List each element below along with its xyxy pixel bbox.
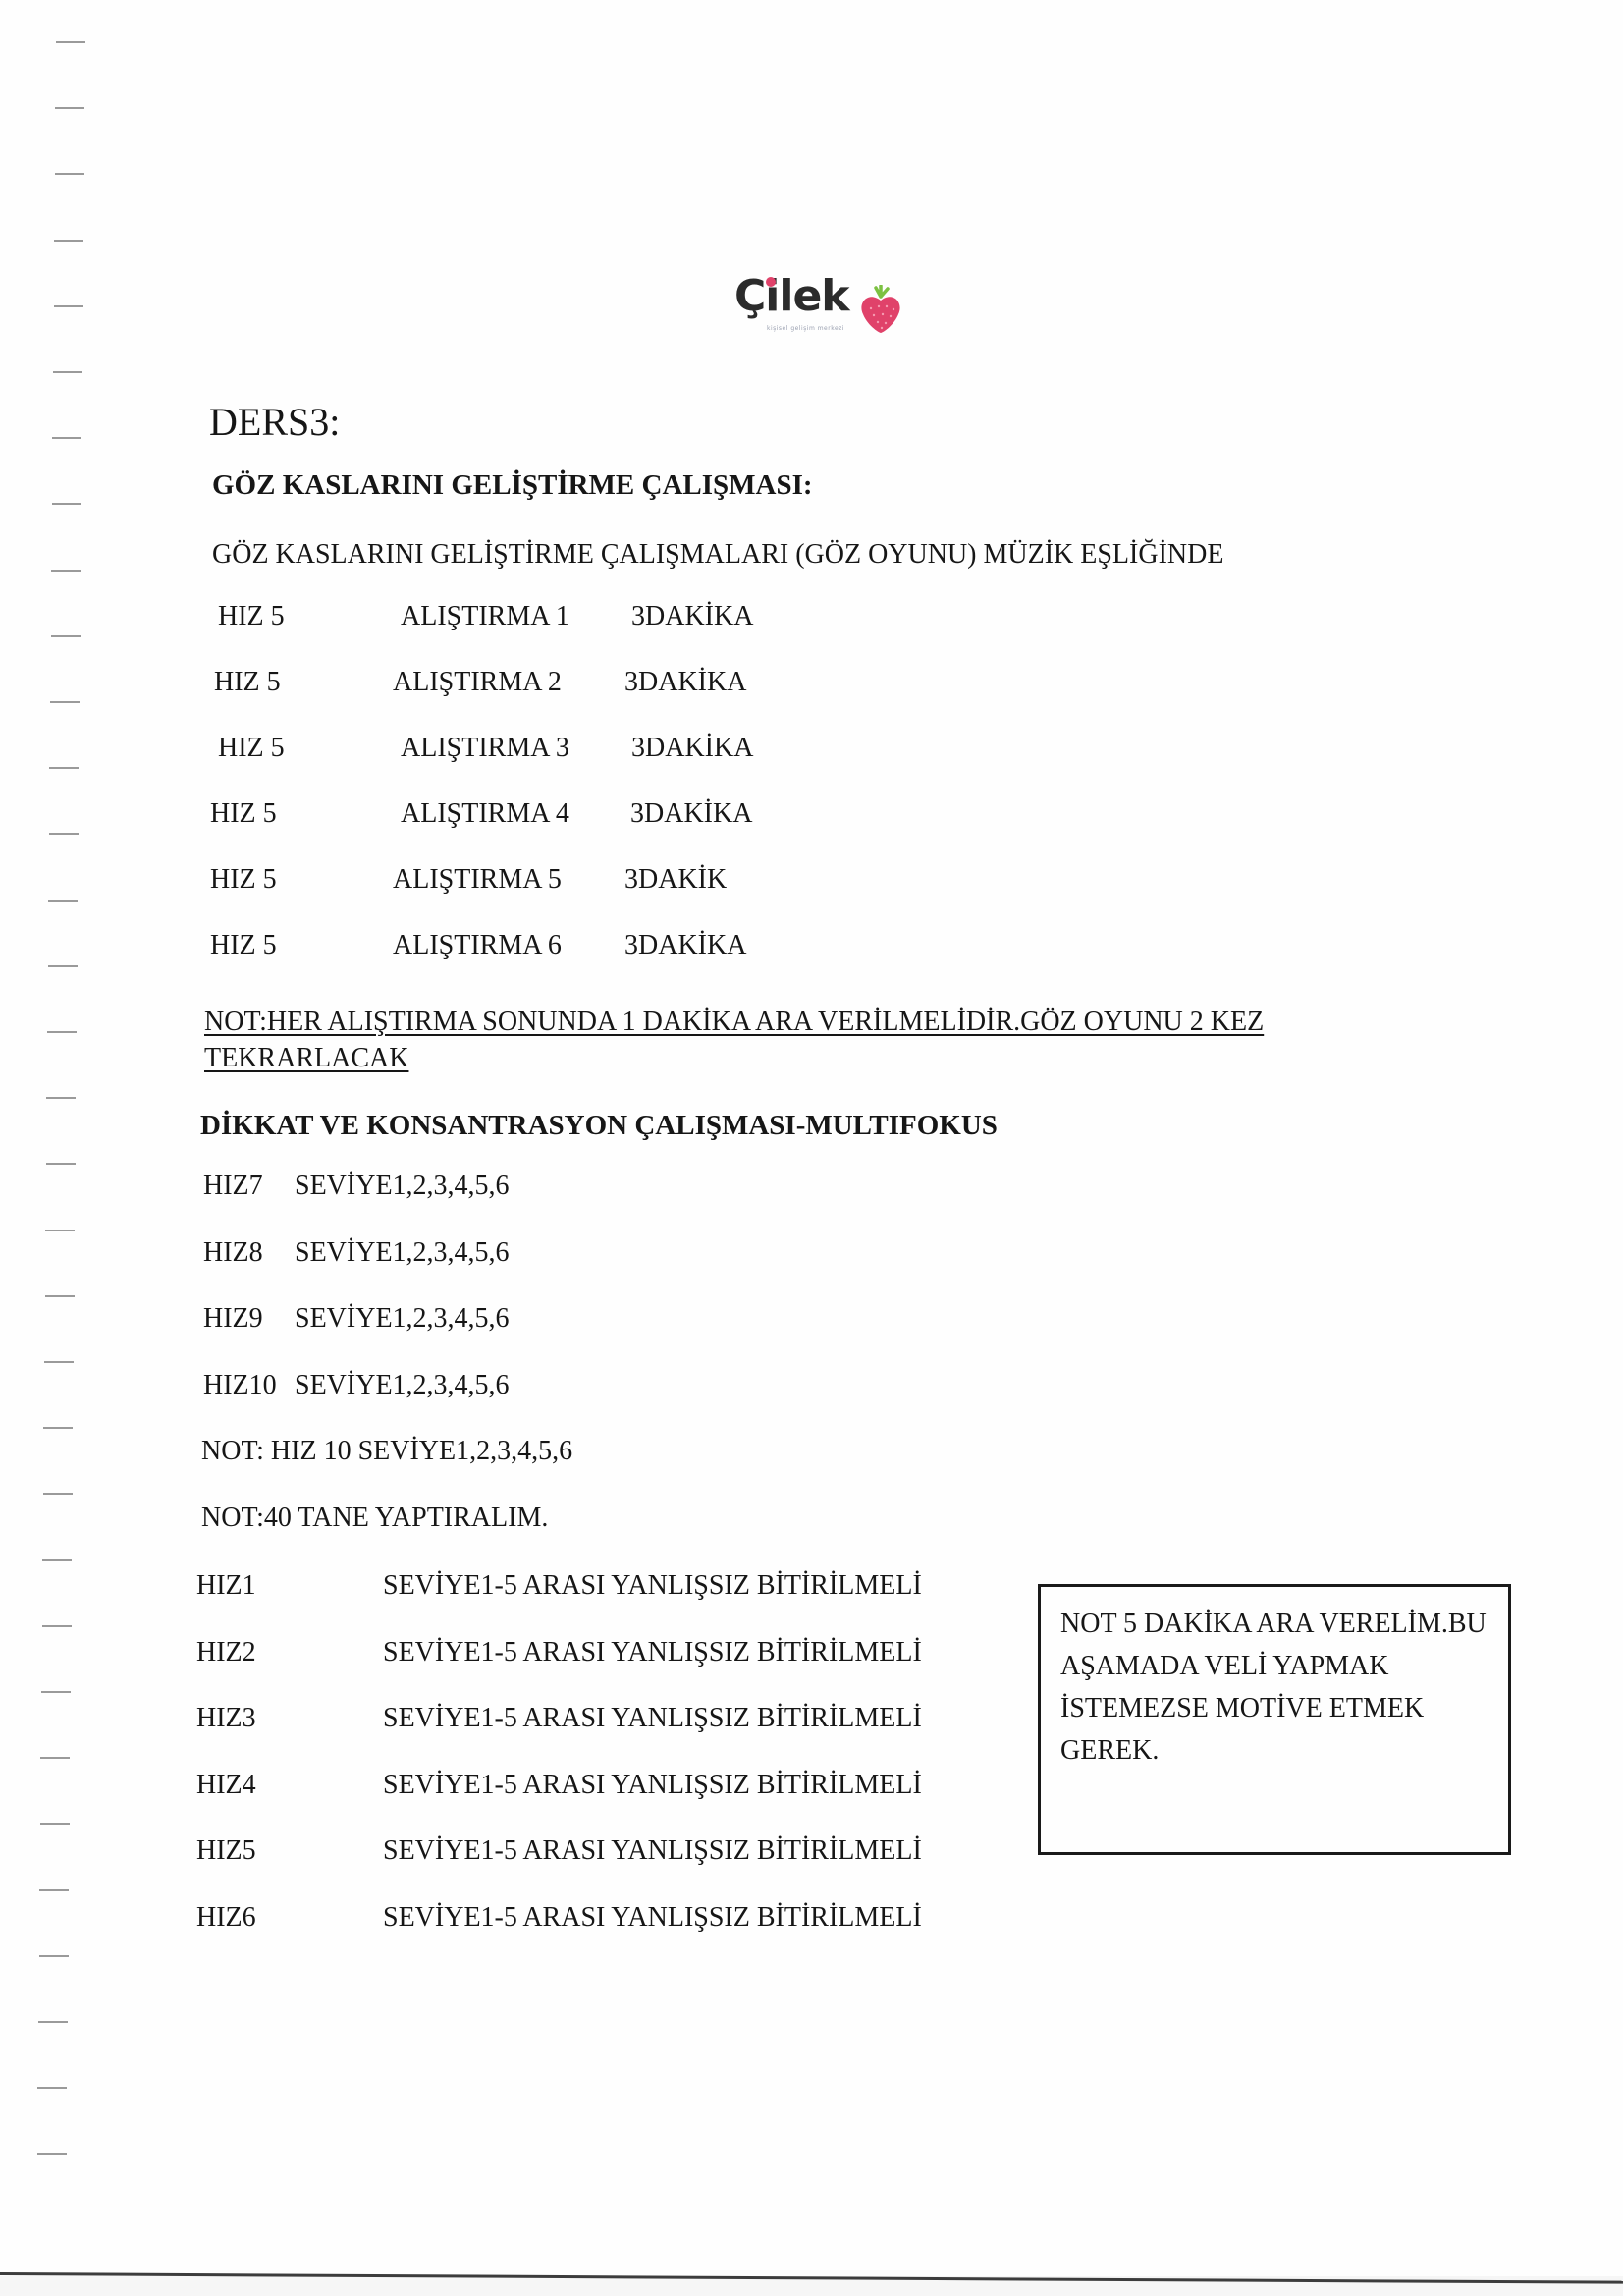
- lesson-title: DERS3:: [209, 399, 340, 445]
- margin-tick: [47, 1031, 77, 1033]
- note-box-text: NOT 5 DAKİKA ARA VERELİM.BU AŞAMADA VELİ…: [1060, 1603, 1492, 1772]
- margin-tick: [48, 965, 78, 967]
- section1-subheading: GÖZ KASLARINI GELİŞTİRME ÇALIŞMALARI (GÖ…: [212, 539, 1223, 571]
- speed-label: HIZ8: [203, 1237, 263, 1269]
- strawberry-icon: [859, 285, 902, 334]
- margin-tick: [37, 2087, 67, 2089]
- section2-heading: DİKKAT VE KONSANTRASYON ÇALIŞMASI-MULTIF…: [200, 1110, 998, 1142]
- exercise-row-duration: 3DAKİKA: [624, 667, 746, 698]
- margin-tick: [55, 173, 84, 175]
- margin-tick: [45, 1295, 75, 1297]
- exercise-row-duration: 3DAKİKA: [630, 798, 752, 830]
- section2-note2: NOT:40 TANE YAPTIRALIM.: [201, 1503, 548, 1534]
- scanned-page: Çilek kişisel gelişim merkezi DERS3: GÖZ…: [0, 0, 1623, 2296]
- exercise-row-speed: HIZ 5: [218, 601, 285, 632]
- exercise-row-speed: HIZ 5: [210, 864, 277, 896]
- speed-label: HIZ4: [196, 1770, 256, 1801]
- speed-label: HIZ9: [203, 1303, 263, 1335]
- accuracy-requirement: SEVİYE1-5 ARASI YANLIŞSIZ BİTİRİLMELİ: [383, 1703, 922, 1734]
- exercise-row-speed: HIZ 5: [214, 667, 281, 698]
- margin-tick: [56, 41, 85, 43]
- section1-note-line1: NOT:HER ALIŞTIRMA SONUNDA 1 DAKİKA ARA V…: [204, 1007, 1264, 1038]
- speed-label: HIZ10: [203, 1370, 277, 1401]
- margin-tick: [45, 1230, 75, 1231]
- level-list: SEVİYE1,2,3,4,5,6: [295, 1303, 510, 1335]
- exercise-row-speed: HIZ 5: [218, 733, 285, 764]
- margin-tick: [43, 1493, 73, 1495]
- level-list: SEVİYE1,2,3,4,5,6: [295, 1171, 510, 1202]
- logo-tagline: kişisel gelişim merkezi: [767, 325, 844, 332]
- margin-tick: [43, 1427, 73, 1429]
- accuracy-requirement: SEVİYE1-5 ARASI YANLIŞSIZ BİTİRİLMELİ: [383, 1835, 922, 1867]
- exercise-row-exercise: ALIŞTIRMA 1: [401, 601, 569, 632]
- exercise-row-exercise: ALIŞTIRMA 4: [401, 798, 569, 830]
- level-list: SEVİYE1,2,3,4,5,6: [295, 1237, 510, 1269]
- margin-tick: [48, 900, 78, 902]
- margin-tick: [44, 1361, 74, 1363]
- section1-heading: GÖZ KASLARINI GELİŞTİRME ÇALIŞMASI:: [212, 469, 813, 502]
- exercise-row-duration: 3DAKİKA: [624, 930, 746, 961]
- exercise-row-exercise: ALIŞTIRMA 5: [393, 864, 562, 896]
- margin-tick: [49, 833, 79, 835]
- speed-label: HIZ6: [196, 1902, 256, 1934]
- level-list: SEVİYE1,2,3,4,5,6: [295, 1370, 510, 1401]
- margin-tick: [39, 1955, 69, 1957]
- margin-tick: [51, 635, 81, 637]
- exercise-row-duration: 3DAKİK: [624, 864, 727, 896]
- margin-tick: [40, 1823, 70, 1825]
- margin-tick: [39, 1889, 69, 1891]
- margin-tick: [54, 240, 83, 242]
- exercise-row-exercise: ALIŞTIRMA 2: [393, 667, 562, 698]
- speed-label: HIZ1: [196, 1570, 256, 1602]
- margin-tick: [53, 371, 82, 373]
- margin-tick: [41, 1691, 71, 1693]
- accuracy-requirement: SEVİYE1-5 ARASI YANLIŞSIZ BİTİRİLMELİ: [383, 1570, 922, 1602]
- margin-tick: [46, 1097, 76, 1099]
- margin-tick: [38, 2021, 68, 2023]
- accuracy-requirement: SEVİYE1-5 ARASI YANLIŞSIZ BİTİRİLMELİ: [383, 1902, 922, 1934]
- margin-tick: [52, 503, 81, 505]
- margin-tick: [37, 2153, 67, 2155]
- cilek-logo: Çilek kişisel gelişim merkezi: [734, 271, 911, 350]
- exercise-row-speed: HIZ 5: [210, 798, 277, 830]
- margin-tick: [42, 1625, 72, 1627]
- speed-label: HIZ2: [196, 1637, 256, 1668]
- logo-wordmark: Çilek: [734, 271, 849, 321]
- section1-note-line2: TEKRARLACAK: [204, 1043, 408, 1074]
- margin-tick: [40, 1757, 70, 1759]
- margin-tick: [49, 767, 79, 769]
- margin-tick: [50, 701, 80, 703]
- speed-label: HIZ7: [203, 1171, 263, 1202]
- accuracy-requirement: SEVİYE1-5 ARASI YANLIŞSIZ BİTİRİLMELİ: [383, 1637, 922, 1668]
- note-box: NOT 5 DAKİKA ARA VERELİM.BU AŞAMADA VELİ…: [1038, 1584, 1511, 1855]
- section2-note1: NOT: HIZ 10 SEVİYE1,2,3,4,5,6: [201, 1436, 572, 1467]
- accuracy-requirement: SEVİYE1-5 ARASI YANLIŞSIZ BİTİRİLMELİ: [383, 1770, 922, 1801]
- margin-tick: [52, 437, 81, 439]
- margin-tick: [42, 1559, 72, 1561]
- speed-label: HIZ5: [196, 1835, 256, 1867]
- margin-tick: [54, 305, 83, 307]
- exercise-row-duration: 3DAKİKA: [631, 601, 753, 632]
- margin-tick: [51, 570, 81, 572]
- margin-tick: [46, 1163, 76, 1165]
- speed-label: HIZ3: [196, 1703, 256, 1734]
- logo-dot: [766, 277, 776, 287]
- exercise-row-speed: HIZ 5: [210, 930, 277, 961]
- exercise-row-duration: 3DAKİKA: [631, 733, 753, 764]
- margin-tick: [55, 107, 84, 109]
- exercise-row-exercise: ALIŞTIRMA 3: [401, 733, 569, 764]
- exercise-row-exercise: ALIŞTIRMA 6: [393, 930, 562, 961]
